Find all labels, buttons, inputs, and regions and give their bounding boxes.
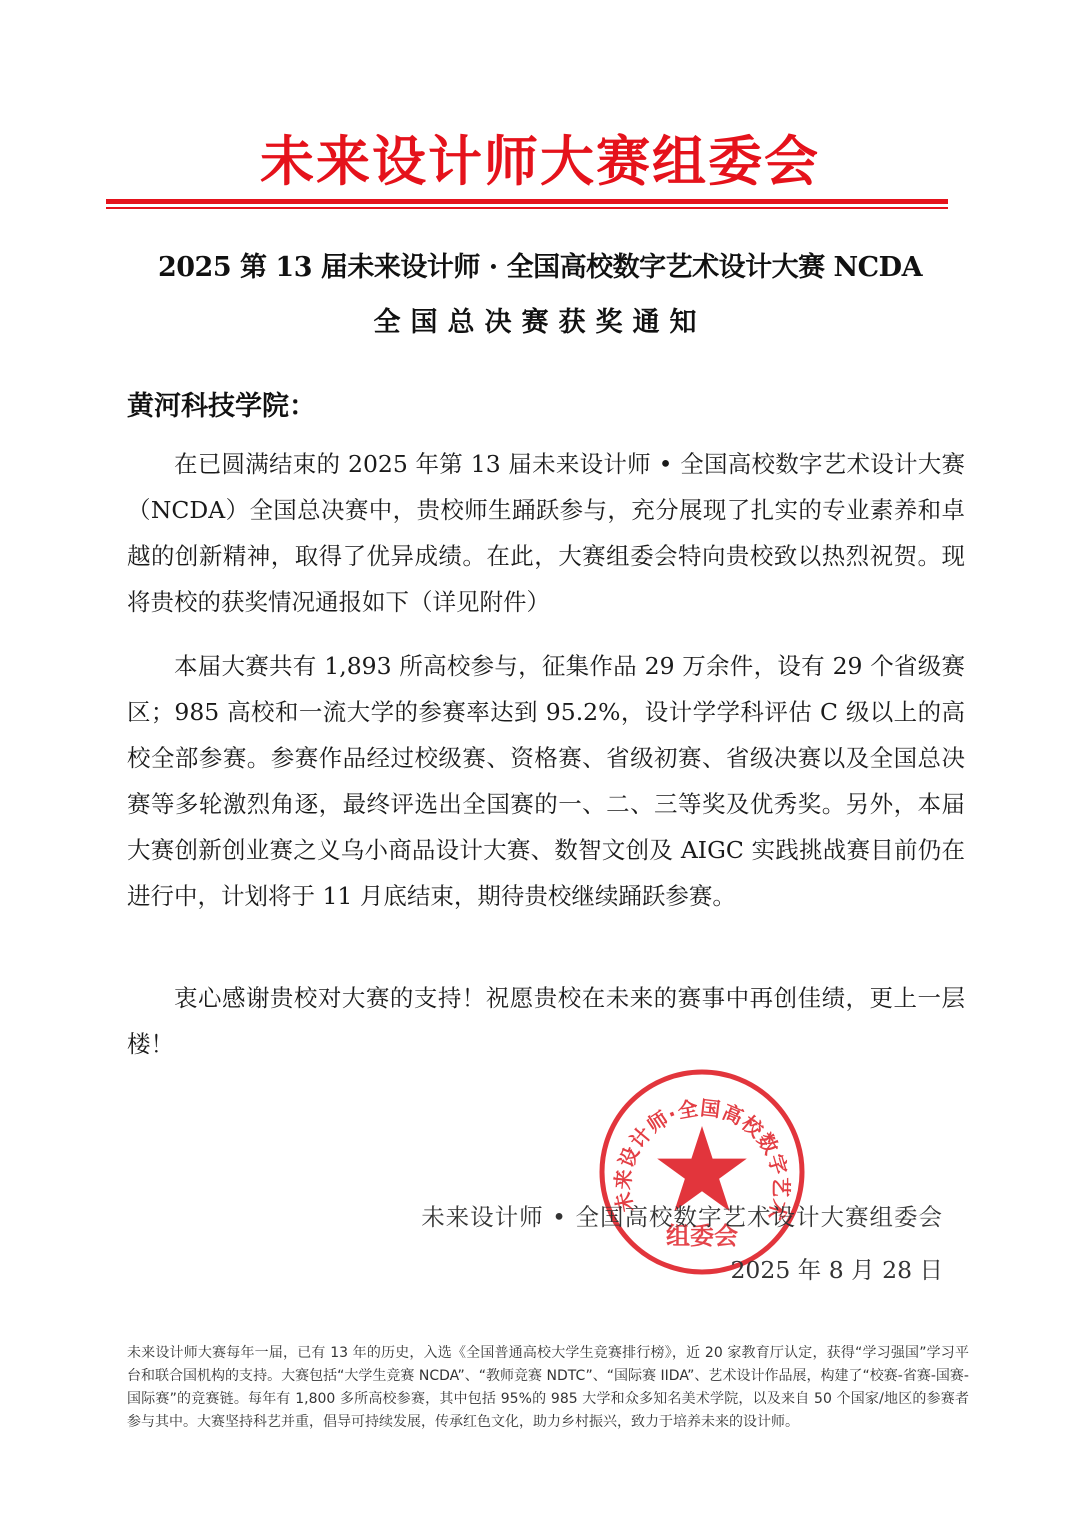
signature-organization: 未来设计师 • 全国高校数字艺术设计大赛组委会 bbox=[408, 1200, 943, 1234]
masthead-rule-thick bbox=[106, 199, 948, 204]
salutation: 黄河科技学院： bbox=[127, 390, 316, 424]
official-seal: 未来设计师·全国高校数字艺术设计大赛 组委会 bbox=[596, 1066, 808, 1278]
seal-icon: 未来设计师·全国高校数字艺术设计大赛 组委会 bbox=[596, 1066, 808, 1278]
signature-date: 2025 年 8 月 28 日 bbox=[608, 1253, 943, 1287]
body-paragraph: 衷心感谢贵校对大赛的支持！祝愿贵校在未来的赛事中再创佳绩，更上一层楼！ bbox=[127, 975, 965, 1067]
document-title-line1: 2025 第 13 届未来设计师 · 全国高校数字艺术设计大赛 NCDA bbox=[0, 251, 1080, 285]
document-title-line2: 全国总决赛获奖通知 bbox=[0, 306, 1080, 340]
body-paragraph: 本届大赛共有 1,893 所高校参与，征集作品 29 万余件，设有 29 个省级… bbox=[127, 643, 965, 919]
masthead-rule-thin bbox=[106, 207, 948, 209]
star-icon bbox=[657, 1126, 747, 1211]
masthead-org-name: 未来设计师大赛组委会 bbox=[0, 132, 1080, 192]
body-paragraph: 在已圆满结束的 2025 年第 13 届未来设计师 • 全国高校数字艺术设计大赛… bbox=[127, 441, 965, 625]
footer-note: 未来设计师大赛每年一届，已有 13 年的历史，入选《全国普通高校大学生竞赛排行榜… bbox=[127, 1342, 969, 1434]
